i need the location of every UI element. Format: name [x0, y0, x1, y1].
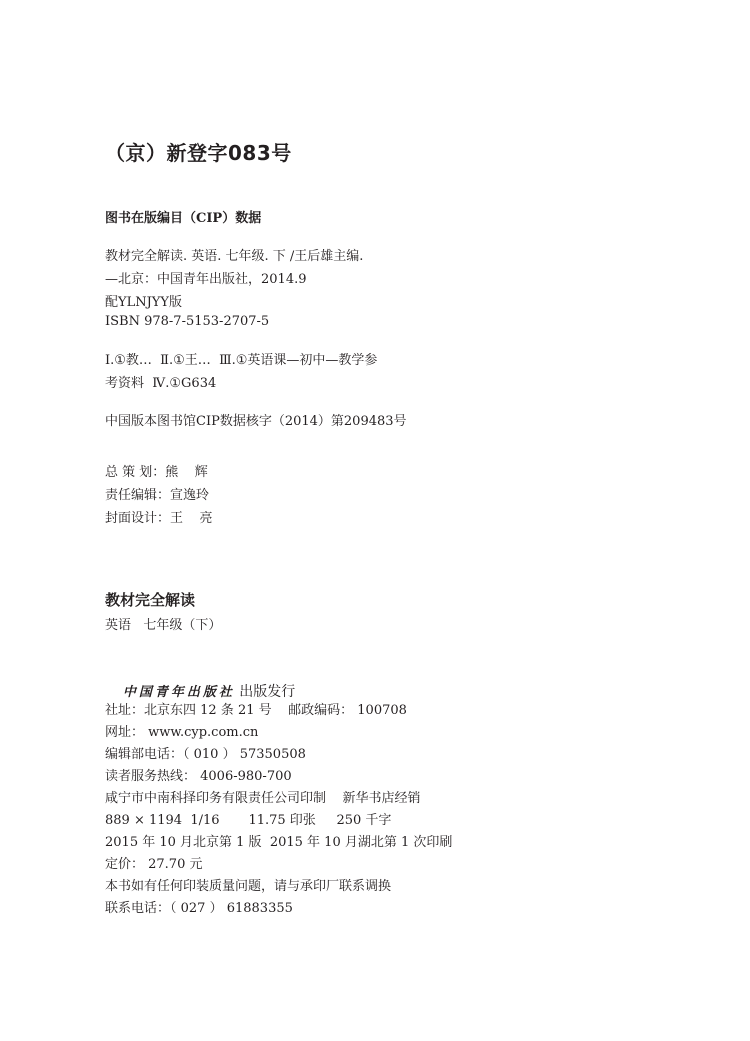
cip-heading: 图书在版编目（CIP）数据	[105, 207, 261, 226]
imprint-line: 读者服务热线： 4006-980-700	[105, 765, 292, 784]
cip-library-note: 中国版本图书馆CIP数据核字（2014）第209483号	[105, 410, 407, 429]
imprint-line: 2015 年 10 月北京第 1 版 2015 年 10 月湖北第 1 次印刷	[105, 831, 452, 850]
cip-record-line: 配YLNJYY版	[105, 291, 182, 310]
cip-record-line: 教材完全解读. 英语. 七年级. 下 /王后雄主编.	[105, 245, 363, 264]
imprint-line: 网址： www.cyp.com.cn	[105, 721, 258, 740]
imprint-line: 编辑部电话：（ 010 ） 57350508	[105, 743, 306, 762]
credit-line: 总 策 划：熊 辉	[105, 461, 208, 480]
cip-record-line: —北京：中国青年出版社，2014.9	[105, 268, 307, 287]
book-subtitle: 英语 七年级（下）	[105, 614, 221, 633]
imprint-line: 本书如有任何印装质量问题，请与承印厂联系调换	[105, 875, 391, 894]
imprint-line: 咸宁市中南科择印务有限责任公司印制 新华书店经销	[105, 787, 421, 806]
imprint-line: 定价： 27.70 元	[105, 853, 202, 872]
credit-line: 封面设计：王 亮	[105, 507, 213, 526]
publisher-suffix: 出版发行	[235, 684, 295, 700]
imprint-line: 联系电话：（ 027 ） 61883355	[105, 897, 293, 916]
publisher-logo: 中国青年出版社	[123, 685, 235, 700]
copyright-page: （京）新登字083号 图书在版编目（CIP）数据 教材完全解读. 英语. 七年级…	[0, 0, 750, 1041]
credit-line: 责任编辑：宣逸玲	[105, 484, 209, 503]
registration-number: （京）新登字083号	[105, 137, 292, 166]
cip-classification-line: 考资料 Ⅳ.①G634	[105, 372, 216, 391]
cip-classification-line: Ⅰ.①教… Ⅱ.①王… Ⅲ.①英语课—初中—教学参	[105, 349, 377, 368]
cip-record-line: ISBN 978-7-5153-2707-5	[105, 314, 269, 329]
book-title: 教材完全解读	[105, 589, 195, 610]
imprint-line: 社址：北京东四 12 条 21 号 邮政编码： 100708	[105, 699, 407, 718]
imprint-line: 889 × 1194 1/16 11.75 印张 250 千字	[105, 809, 391, 828]
